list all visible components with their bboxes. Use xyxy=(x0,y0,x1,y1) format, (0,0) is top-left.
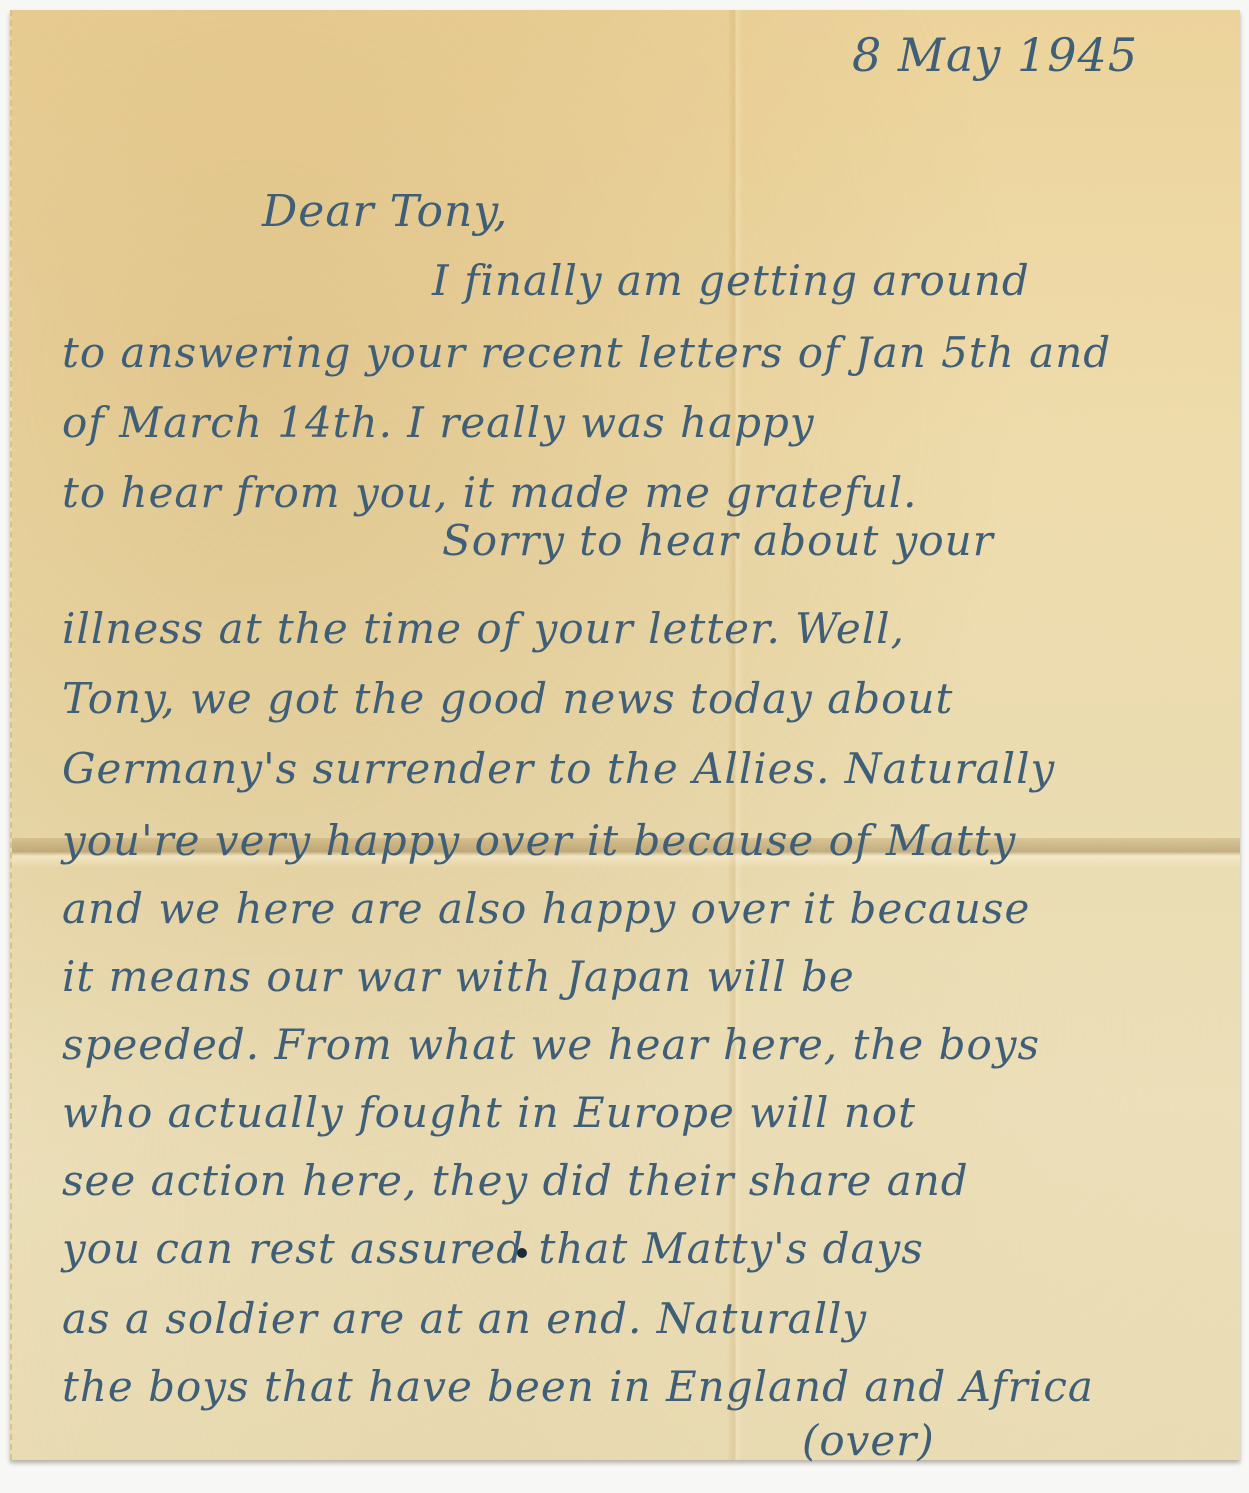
letter-line: you're very happy over it because of Mat… xyxy=(62,820,1016,862)
letter-line: I finally am getting around xyxy=(432,260,1030,302)
letter-salutation: Dear Tony, xyxy=(262,190,508,234)
letter-line: of March 14th. I really was happy xyxy=(62,402,815,444)
letter-paper: 8 May 1945 Dear Tony, I finally am getti… xyxy=(10,10,1240,1460)
letter-line: you can rest assured that Matty's days xyxy=(62,1228,924,1270)
letter-line: speeded. From what we hear here, the boy… xyxy=(62,1024,1040,1066)
letter-line: Germany's surrender to the Allies. Natur… xyxy=(62,748,1055,790)
letter-line: and we here are also happy over it becau… xyxy=(62,888,1030,930)
ink-blot xyxy=(517,1248,527,1258)
letter-line: the boys that have been in England and A… xyxy=(62,1366,1094,1408)
letter-line: Sorry to hear about your xyxy=(442,520,994,562)
letter-line: see action here, they did their share an… xyxy=(62,1160,969,1202)
letter-date: 8 May 1945 xyxy=(852,32,1138,78)
letter-line: who actually fought in Europe will not xyxy=(62,1092,916,1134)
letter-line: it means our war with Japan will be xyxy=(62,956,855,998)
letter-line: as a soldier are at an end. Naturally xyxy=(62,1298,867,1340)
letter-line: illness at the time of your letter. Well… xyxy=(62,608,905,650)
letter-line: to hear from you, it made me grateful. xyxy=(62,472,918,514)
letter-line: to answering your recent letters of Jan … xyxy=(62,332,1111,374)
letter-line: Tony, we got the good news today about xyxy=(62,678,953,720)
continuation-note: (over) xyxy=(802,1420,935,1462)
